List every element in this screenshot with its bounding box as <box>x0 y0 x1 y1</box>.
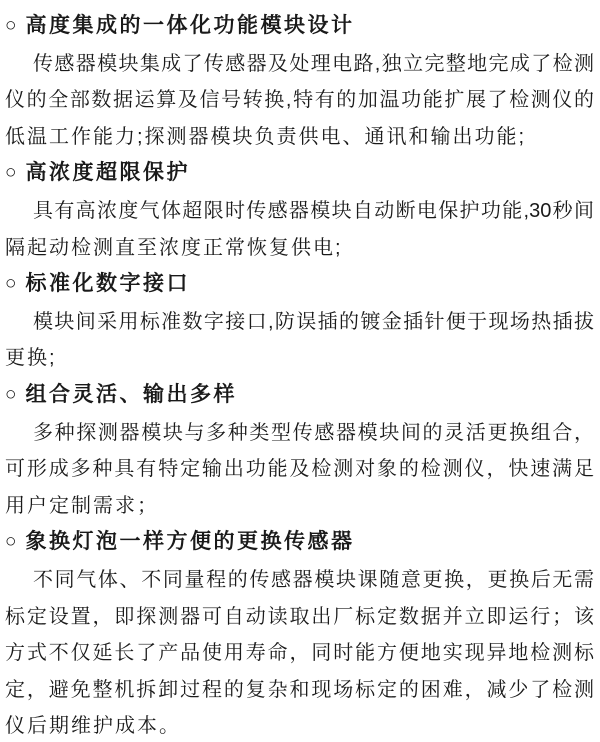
body-line: 模块间采用标准数字接口,防误插的镀金插针便于现场热插拔 <box>5 304 594 341</box>
body-line: 具有高浓度气体超限时传感器模块自动断电保护功能,30秒间 <box>5 193 594 230</box>
body-line: 隔起动检测直至浓度正常恢复供电; <box>5 230 594 267</box>
feature-heading-text: 高度集成的一体化功能模块设计 <box>25 14 354 37</box>
feature-heading-5: ○象换灯泡一样方便的更换传感器 <box>5 524 594 562</box>
circle-bullet-icon: ○ <box>5 155 16 192</box>
body-line: 多种探测器模块与多种类型传感器模块间的灵活更换组合， <box>5 415 594 452</box>
circle-bullet-icon: ○ <box>5 8 16 45</box>
body-line: 定，避免整机拆卸过程的复杂和现场标定的困难，减少了检测 <box>5 672 594 709</box>
body-line: 传感器模块集成了传感器及处理电路,独立完整地完成了检测 <box>5 46 594 83</box>
circle-bullet-icon: ○ <box>5 266 16 303</box>
body-line: 用户定制需求； <box>5 488 594 525</box>
feature-heading-text: 高浓度超限保护 <box>25 161 190 184</box>
feature-heading-2: ○高浓度超限保护 <box>5 155 594 193</box>
feature-heading-3: ○标准化数字接口 <box>5 266 594 304</box>
body-line: 仪的全部数据运算及信号转换,特有的加温功能扩展了检测仪的 <box>5 82 594 119</box>
circle-bullet-icon: ○ <box>5 377 16 414</box>
feature-heading-1: ○高度集成的一体化功能模块设计 <box>5 8 594 46</box>
feature-heading-text: 组合灵活、输出多样 <box>25 383 237 406</box>
body-line: 仪后期维护成本。 <box>5 708 594 742</box>
body-line: 不同气体、不同量程的传感器模块课随意更换，更换后无需 <box>5 562 594 599</box>
feature-heading-text: 象换灯泡一样方便的更换传感器 <box>25 530 354 553</box>
circle-bullet-icon: ○ <box>5 524 16 561</box>
body-line: 更换; <box>5 340 594 377</box>
body-line: 可形成多种具有特定输出功能及检测对象的检测仪，快速满足 <box>5 451 594 488</box>
feature-heading-4: ○组合灵活、输出多样 <box>5 377 594 415</box>
feature-heading-text: 标准化数字接口 <box>25 272 190 295</box>
body-line: 低温工作能力;探测器模块负责供电、通讯和输出功能; <box>5 119 594 156</box>
body-line: 标定设置，即探测器可自动读取出厂标定数据并立即运行；该 <box>5 599 594 636</box>
document-page: ○高度集成的一体化功能模块设计 传感器模块集成了传感器及处理电路,独立完整地完成… <box>0 0 600 742</box>
body-line: 方式不仅延长了产品使用寿命，同时能方便地实现异地检测标 <box>5 635 594 672</box>
